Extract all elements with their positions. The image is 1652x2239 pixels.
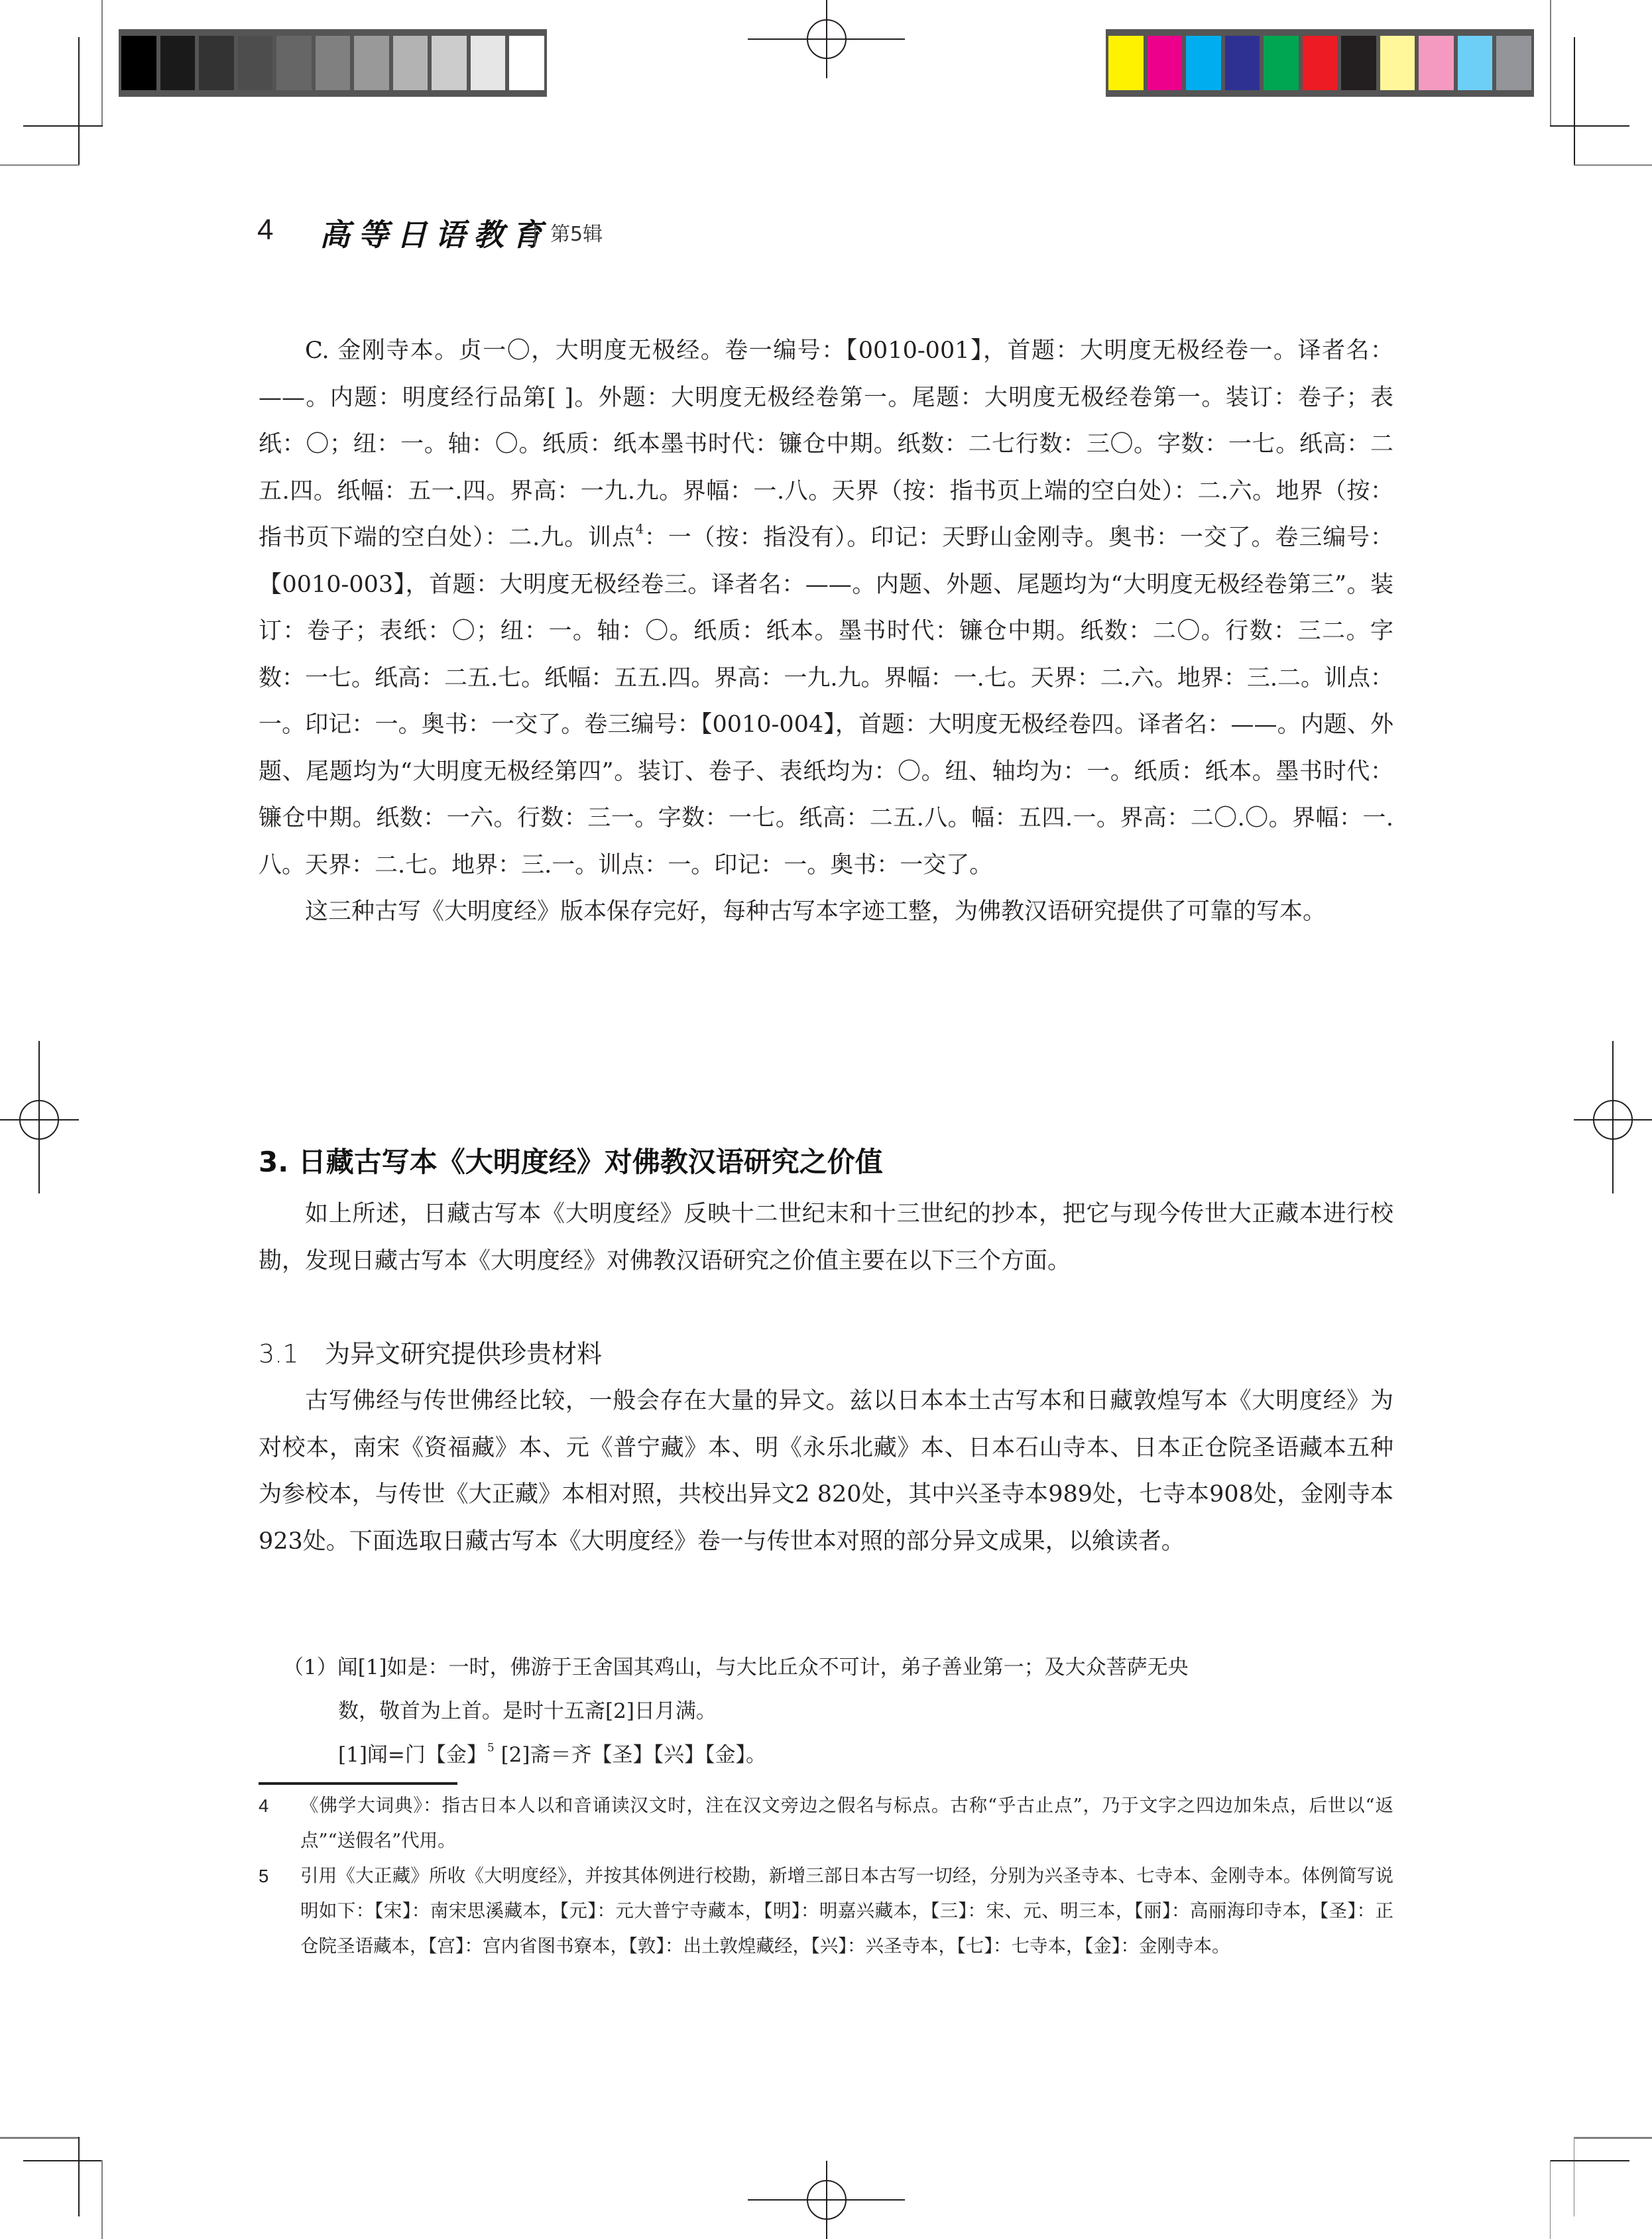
footnote-ref-4[interactable]: 4 bbox=[636, 522, 644, 537]
paragraph-summary: 这三种古写《大明度经》版本保存完好，每种古写本字迹工整，为佛教汉语研究提供了可靠… bbox=[259, 888, 1393, 936]
gray-swatch bbox=[509, 36, 544, 90]
paragraph-text: C. 金刚寺本。贞一〇，大明度无极经。卷一编号：【0010-001】，首题：大明… bbox=[259, 337, 1393, 551]
red-swatch bbox=[1303, 36, 1338, 90]
footnote-4: 4 《佛学大词典》：指古日本人以和音诵读汉文时，注在汉文旁边之假名与标点。古称“… bbox=[259, 1788, 1393, 1858]
paragraph-text: ：一（按：指没有）。印记：天野山金刚寺。奥书：一交了。卷三编号：【0010-00… bbox=[259, 524, 1393, 878]
gray-swatch bbox=[432, 36, 467, 90]
paragraph-section-3-1: 古写佛经与传世佛经比较，一般会存在大量的异文。兹以日本本土古写本和日藏敦煌写本《… bbox=[259, 1378, 1393, 1565]
example-1: （1）闻[1]如是：一时，佛游于王舍国其鸡山，与大比丘众不可计，弟子善业第一；及… bbox=[283, 1646, 1393, 1777]
magenta-swatch bbox=[1148, 36, 1183, 90]
footnotes: 4 《佛学大词典》：指古日本人以和音诵读汉文时，注在汉文旁边之假名与标点。古称“… bbox=[259, 1788, 1393, 1964]
section-heading-3-1: 3.1为异文研究提供珍贵材料 bbox=[259, 1333, 602, 1370]
footnote-5: 5 引用《大正藏》所收《大明度经》，并按其体例进行校勘，新增三部日本古写一切经，… bbox=[259, 1858, 1393, 1964]
color-control-bar bbox=[1106, 29, 1534, 97]
example-line-2: 数，敬首为上首。是时十五斋[2]日月满。 bbox=[283, 1689, 1393, 1733]
example-variant-notes: [1]闻=门【金】5 [2]斋＝齐【圣】【兴】【金】。 bbox=[283, 1733, 1393, 1777]
footnote-number: 5 bbox=[259, 1858, 268, 1894]
journal-title: 高等日语教育 bbox=[320, 211, 550, 255]
example-text: 闻[1]如是：一时，佛游于王舍国其鸡山，与大比丘众不可计，弟子善业第一；及大众菩… bbox=[337, 1656, 1189, 1679]
section-number: 3.1 bbox=[259, 1339, 325, 1368]
issue-label: 第5辑 bbox=[550, 217, 603, 247]
gray-swatch bbox=[121, 36, 156, 90]
gray-swatch bbox=[393, 36, 428, 90]
footnote-ref-5[interactable]: 5 bbox=[487, 1742, 495, 1755]
light-yellow-swatch bbox=[1380, 36, 1415, 90]
section-heading-3: 3. 日藏古写本《大明度经》对佛教汉语研究之价值 bbox=[259, 1140, 883, 1180]
light-cyan-swatch bbox=[1458, 36, 1493, 90]
paragraph-kongoji: C. 金刚寺本。贞一〇，大明度无极经。卷一编号：【0010-001】，首题：大明… bbox=[259, 328, 1393, 888]
example-label: （1） bbox=[283, 1656, 337, 1679]
gray-swatch bbox=[471, 36, 506, 90]
section-3-intro: 如上所述，日藏古写本《大明度经》反映十二世纪末和十三世纪的抄本，把它与现今传世大… bbox=[259, 1191, 1393, 1284]
gray-swatch bbox=[160, 36, 196, 90]
gray-swatch bbox=[199, 36, 234, 90]
page-number: 4 bbox=[257, 213, 273, 247]
blue-swatch bbox=[1225, 36, 1260, 90]
footnote-divider bbox=[259, 1782, 457, 1785]
paragraph-section-3: 如上所述，日藏古写本《大明度经》反映十二世纪末和十三世纪的抄本，把它与现今传世大… bbox=[259, 1191, 1393, 1284]
yellow-swatch bbox=[1108, 36, 1144, 90]
section-3-1-body: 古写佛经与传世佛经比较，一般会存在大量的异文。兹以日本本土古写本和日藏敦煌写本《… bbox=[259, 1378, 1393, 1565]
example-line-1: （1）闻[1]如是：一时，佛游于王舍国其鸡山，与大比丘众不可计，弟子善业第一；及… bbox=[283, 1646, 1393, 1689]
variant-note-1: [1]闻=门【金】 bbox=[338, 1743, 487, 1767]
black-swatch bbox=[1341, 36, 1376, 90]
green-swatch bbox=[1264, 36, 1299, 90]
gray-swatch bbox=[238, 36, 273, 90]
section-title: 为异文研究提供珍贵材料 bbox=[325, 1339, 602, 1368]
pink-swatch bbox=[1419, 36, 1454, 90]
gray-swatch bbox=[354, 36, 389, 90]
header-divider bbox=[534, 225, 536, 245]
gray-swatch bbox=[316, 36, 351, 90]
variant-note-2: [2]斋＝齐【圣】【兴】【金】。 bbox=[495, 1743, 766, 1767]
footnote-number: 4 bbox=[259, 1788, 268, 1823]
manuscript-description: C. 金刚寺本。贞一〇，大明度无极经。卷一编号：【0010-001】，首题：大明… bbox=[259, 328, 1393, 936]
gray-swatch bbox=[276, 36, 312, 90]
gray-swatch bbox=[1496, 36, 1531, 90]
footnote-text: 《佛学大词典》：指古日本人以和音诵读汉文时，注在汉文旁边之假名与标点。古称“乎古… bbox=[300, 1795, 1393, 1851]
grayscale-control-bar bbox=[119, 29, 547, 97]
cyan-swatch bbox=[1186, 36, 1221, 90]
footnote-text: 引用《大正藏》所收《大明度经》，并按其体例进行校勘，新增三部日本古写一切经，分别… bbox=[300, 1865, 1393, 1957]
